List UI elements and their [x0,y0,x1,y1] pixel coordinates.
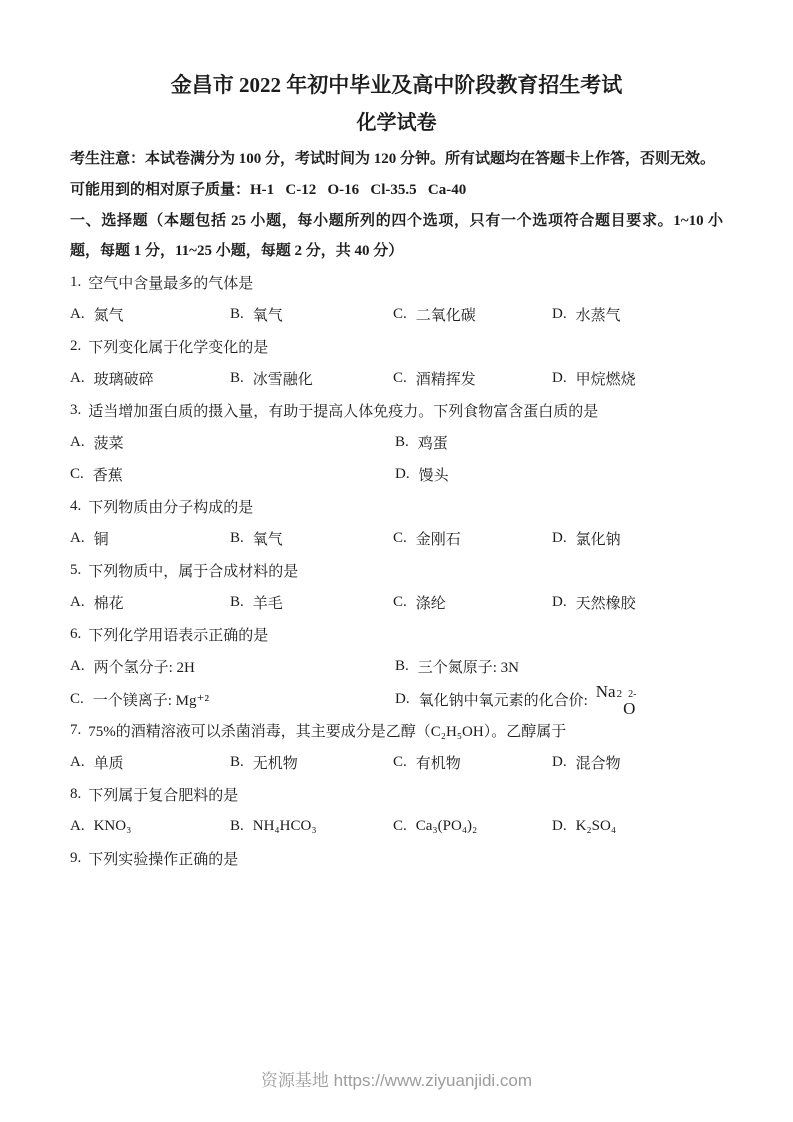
option-label: B. [395,658,409,675]
option-label: A. [70,434,85,451]
question-4-options: A.铜 B.氧气 C.金刚石 D.氯化钠 [70,522,723,554]
option-label: D. [552,818,567,835]
option-label: D. [395,691,410,708]
question-number: 3. [70,402,81,419]
question-number: 7. [70,722,81,739]
option-c: C.香蕉 [70,464,395,485]
question-number: 1. [70,274,81,291]
option-c: C.二氧化碳 [393,304,552,325]
option-d: D.馒头 [395,464,723,485]
option-label: A. [70,658,85,675]
question-text: 空气中含量最多的气体是 [88,272,253,293]
question-list: 1. 空气中含量最多的气体是 A.氮气 B.氧气 C.二氧化碳 D.水蒸气 2.… [70,266,723,874]
option-a: A.铜 [70,528,230,549]
option-b: B.氧气 [230,304,393,325]
question-6: 6. 下列化学用语表示正确的是 A.两个氢分子: 2H B.三个氮原子: 3N … [70,618,723,714]
option-label: D. [552,370,567,387]
option-c: C.涤纶 [393,592,552,613]
option-c: C.Ca₃(PO₄)₂ [393,818,552,835]
question-3-options-row2: C.香蕉 D.馒头 [70,458,723,490]
question-number: 4. [70,498,81,515]
option-label: A. [70,306,85,323]
option-label: B. [230,530,244,547]
option-text: 无机物 [253,752,298,773]
question-3: 3. 适当增加蛋白质的摄入量，有助于提高人体免疫力。下列食物富含蛋白质的是 A.… [70,394,723,490]
option-text: 混合物 [576,752,621,773]
question-5: 5. 下列物质中，属于合成材料的是 A.棉花 B.羊毛 C.涤纶 D.天然橡胶 [70,554,723,618]
question-4: 4. 下列物质由分子构成的是 A.铜 B.氧气 C.金刚石 D.氯化钠 [70,490,723,554]
option-label: D. [552,530,567,547]
option-a: A.棉花 [70,592,230,613]
option-text: 有机物 [416,752,461,773]
question-9-stem: 9. 下列实验操作正确的是 [70,842,723,874]
option-label: A. [70,370,85,387]
option-text: 氧气 [253,528,283,549]
option-text: 一个镁离子: Mg⁺² [93,689,209,710]
question-4-stem: 4. 下列物质由分子构成的是 [70,490,723,522]
option-a: A.菠菜 [70,432,395,453]
question-3-options-row1: A.菠菜 B.鸡蛋 [70,426,723,458]
exam-paper: 金昌市 2022 年初中毕业及高中阶段教育招生考试 化学试卷 考生注意：本试卷满… [0,0,793,874]
option-label: D. [552,754,567,771]
option-b: B.无机物 [230,752,393,773]
candidate-notice: 考生注意：本试卷满分为 100 分，考试时间为 120 分钟。所有试题均在答题卡… [70,144,723,174]
option-label: D. [395,466,410,483]
option-d: D.甲烷燃烧 [552,368,723,389]
question-7-options: A.单质 B.无机物 C.有机物 D.混合物 [70,746,723,778]
option-text: 铜 [94,528,109,549]
option-label: B. [230,818,244,835]
question-5-options: A.棉花 B.羊毛 C.涤纶 D.天然橡胶 [70,586,723,618]
option-label: C. [70,466,84,483]
question-9: 9. 下列实验操作正确的是 [70,842,723,874]
option-text: K₂SO₄ [576,818,616,835]
option-b: B.三个氮原子: 3N [395,656,723,677]
option-label: B. [230,754,244,771]
question-1-options: A.氮气 B.氧气 C.二氧化碳 D.水蒸气 [70,298,723,330]
option-label: B. [395,434,409,451]
page-title: 金昌市 2022 年初中毕业及高中阶段教育招生考试 [70,70,723,100]
option-c: C.酒精挥发 [393,368,552,389]
formula-subscript: 2 [617,689,623,700]
option-label: C. [393,754,407,771]
question-1-stem: 1. 空气中含量最多的气体是 [70,266,723,298]
question-text: 适当增加蛋白质的摄入量，有助于提高人体免疫力。下列食物富含蛋白质的是 [88,400,598,421]
question-2-options: A.玻璃破碎 B.冰雪融化 C.酒精挥发 D.甲烷燃烧 [70,362,723,394]
option-d: D.水蒸气 [552,304,723,325]
question-text: 下列物质由分子构成的是 [88,496,253,517]
formula-element: Na [596,682,616,702]
question-text: 下列物质中，属于合成材料的是 [88,560,298,581]
option-text: 涤纶 [416,592,446,613]
question-6-options-row1: A.两个氢分子: 2H B.三个氮原子: 3N [70,650,723,682]
option-text: 棉花 [94,592,124,613]
question-text: 下列化学用语表示正确的是 [88,624,268,645]
option-text: 三个氮原子: 3N [418,656,519,677]
na2o-valence-formula: Na22-O [596,682,636,717]
question-text: 下列属于复合肥料的是 [88,784,238,805]
valence-stack: 2-O [623,690,635,717]
option-text: 冰雪融化 [253,368,313,389]
formula-element: O [623,700,635,717]
question-number: 2. [70,338,81,355]
option-text: 金刚石 [416,528,461,549]
option-a: A.玻璃破碎 [70,368,230,389]
option-text: 甲烷燃烧 [576,368,636,389]
question-8-options: A.KNO₃ B.NH₄HCO₃ C.Ca₃(PO₄)₂ D.K₂SO₄ [70,810,723,842]
option-text: 单质 [94,752,124,773]
option-text: KNO₃ [94,818,132,835]
option-d: D.K₂SO₄ [552,818,723,835]
option-text: 氧化钠中氧元素的化合价: [419,689,588,710]
option-label: D. [552,306,567,323]
question-8-stem: 8. 下列属于复合肥料的是 [70,778,723,810]
valence-number: 2- [628,690,636,700]
option-label: C. [393,530,407,547]
option-label: B. [230,306,244,323]
option-label: C. [70,691,84,708]
option-text: 羊毛 [253,592,283,613]
option-b: B.冰雪融化 [230,368,393,389]
option-d: D.混合物 [552,752,723,773]
option-text: 玻璃破碎 [94,368,154,389]
option-text: 鸡蛋 [418,432,448,453]
question-number: 9. [70,850,81,867]
option-label: C. [393,818,407,835]
option-a: A.氮气 [70,304,230,325]
question-text: 下列变化属于化学变化的是 [88,336,268,357]
option-text: NH₄HCO₃ [253,818,317,835]
atomic-mass-line: 可能用到的相对原子质量：H-1 C-12 O-16 Cl-35.5 Ca-40 [70,174,723,206]
option-a: A.KNO₃ [70,818,230,835]
question-number: 6. [70,626,81,643]
option-text: 水蒸气 [576,304,621,325]
option-label: C. [393,594,407,611]
footer-link[interactable]: 资源基地 https://www.ziyuanjidi.com [261,1071,532,1090]
option-b: B.鸡蛋 [395,432,723,453]
option-label: A. [70,754,85,771]
option-d: D.天然橡胶 [552,592,723,613]
question-7: 7. 75%的酒精溶液可以杀菌消毒，其主要成分是乙醇（C₂H₅OH）。乙醇属于 … [70,714,723,778]
option-label: D. [552,594,567,611]
option-text: 天然橡胶 [576,592,636,613]
option-text: 氯化钠 [576,528,621,549]
question-number: 8. [70,786,81,803]
option-b: B.氧气 [230,528,393,549]
option-label: C. [393,306,407,323]
option-c: C.一个镁离子: Mg⁺² [70,689,395,710]
option-text: 菠菜 [94,432,124,453]
question-5-stem: 5. 下列物质中，属于合成材料的是 [70,554,723,586]
option-label: B. [230,370,244,387]
option-label: A. [70,594,85,611]
option-c: C.金刚石 [393,528,552,549]
option-label: C. [393,370,407,387]
option-c: C.有机物 [393,752,552,773]
option-label: A. [70,818,85,835]
option-d: D. 氧化钠中氧元素的化合价: Na22-O [395,682,723,717]
page-subtitle: 化学试卷 [70,108,723,138]
footer: 资源基地 https://www.ziyuanjidi.com [0,1066,793,1091]
option-text: 二氧化碳 [416,304,476,325]
option-text: 氧气 [253,304,283,325]
option-b: B.羊毛 [230,592,393,613]
question-7-stem: 7. 75%的酒精溶液可以杀菌消毒，其主要成分是乙醇（C₂H₅OH）。乙醇属于 [70,714,723,746]
question-text: 下列实验操作正确的是 [88,848,238,869]
question-2-stem: 2. 下列变化属于化学变化的是 [70,330,723,362]
option-label: A. [70,530,85,547]
question-6-options-row2: C.一个镁离子: Mg⁺² D. 氧化钠中氧元素的化合价: Na22-O [70,682,723,714]
question-2: 2. 下列变化属于化学变化的是 A.玻璃破碎 B.冰雪融化 C.酒精挥发 D.甲… [70,330,723,394]
option-text: 香蕉 [93,464,123,485]
option-text: 馒头 [419,464,449,485]
option-b: B.NH₄HCO₃ [230,818,393,835]
option-label: B. [230,594,244,611]
option-text: 氮气 [94,304,124,325]
option-text: 两个氢分子: 2H [94,656,195,677]
option-text: Ca₃(PO₄)₂ [416,818,478,835]
option-d: D.氯化钠 [552,528,723,549]
option-a: A.两个氢分子: 2H [70,656,395,677]
question-number: 5. [70,562,81,579]
option-a: A.单质 [70,752,230,773]
question-1: 1. 空气中含量最多的气体是 A.氮气 B.氧气 C.二氧化碳 D.水蒸气 [70,266,723,330]
question-text: 75%的酒精溶液可以杀菌消毒，其主要成分是乙醇（C₂H₅OH）。乙醇属于 [88,720,566,741]
question-8: 8. 下列属于复合肥料的是 A.KNO₃ B.NH₄HCO₃ C.Ca₃(PO₄… [70,778,723,842]
question-6-stem: 6. 下列化学用语表示正确的是 [70,618,723,650]
option-text: 酒精挥发 [416,368,476,389]
question-3-stem: 3. 适当增加蛋白质的摄入量，有助于提高人体免疫力。下列食物富含蛋白质的是 [70,394,723,426]
section-heading: 一、选择题（本题包括 25 小题，每小题所列的四个选项，只有一个选项符合题目要求… [70,206,723,266]
